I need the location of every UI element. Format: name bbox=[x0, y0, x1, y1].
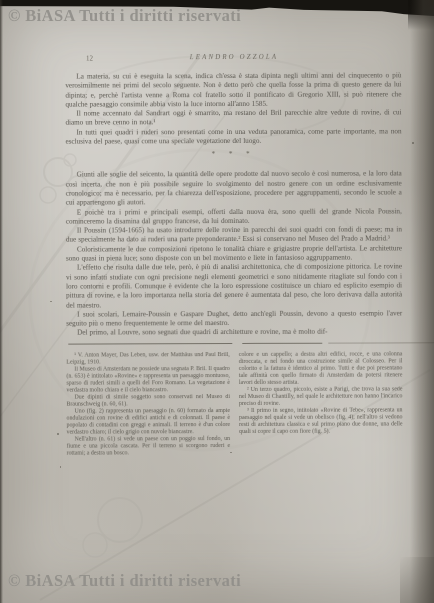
footnote-paragraph: ² Un terzo quadro, piccolo, esiste a Par… bbox=[239, 386, 403, 408]
text-column: La materia, su cui è eseguita la scena, … bbox=[65, 71, 402, 457]
paragraph: Del primo, al Louvre, sono segnati due q… bbox=[66, 328, 402, 338]
footnote-column-left: ¹ V. Anton Mayer, Das Leben, usw. der Ma… bbox=[66, 352, 230, 458]
paragraph: L'effetto che risulta dalle due tele, pe… bbox=[66, 263, 402, 311]
scan-speck bbox=[57, 433, 59, 435]
footnote-paragraph: colore e un cappello; a destra altri edi… bbox=[239, 351, 403, 387]
scan-speck bbox=[412, 142, 414, 144]
paragraph: Giunti alle soglie del seicento, la quan… bbox=[66, 170, 402, 208]
paragraph: In tutti quei quadri i ruderi sono prese… bbox=[66, 127, 402, 147]
footnote-paragraph: ³ Il primo in segno, intitolato «Rovine … bbox=[239, 407, 403, 436]
footnotes: ¹ V. Anton Mayer, Das Leben, usw. der Ma… bbox=[66, 351, 402, 457]
body-block-2: Giunti alle soglie del seicento, la quan… bbox=[66, 170, 403, 339]
watermark-bottom: © BiASA Tutti i diritti riservati bbox=[8, 571, 241, 591]
scan-speck bbox=[230, 452, 232, 453]
scanned-page: 12 LEANDRO OZZOLA La materia, su cui è e… bbox=[0, 0, 434, 603]
section-separator: * * * bbox=[66, 150, 402, 159]
footnote-paragraph: ¹ V. Anton Mayer, Das Leben, usw. der Ma… bbox=[66, 352, 230, 367]
paragraph: Il nome accennato dal Sandrart oggi è sm… bbox=[65, 109, 401, 129]
footnote-column-right: colore e un cappello; a destra altri edi… bbox=[239, 351, 403, 457]
footnote-rule bbox=[66, 342, 402, 345]
footnote-rule-segment bbox=[242, 342, 322, 343]
footnote-rule-segment bbox=[68, 343, 232, 345]
paragraph: Coloristicamente le due composizioni rip… bbox=[66, 244, 402, 264]
footnote-paragraph: Nell'altro (n. 61) si vede un paese con … bbox=[67, 436, 231, 458]
footnote-paragraph: Due dipinti di simile soggetto sono cons… bbox=[66, 394, 230, 409]
page-header: 12 LEANDRO OZZOLA bbox=[66, 53, 402, 66]
scan-edge-left bbox=[0, 0, 3, 603]
paragraph: Il Poussin (1594-1665) ha usato introdur… bbox=[66, 226, 402, 246]
running-title: LEANDRO OZZOLA bbox=[66, 53, 402, 61]
paragraph: I suoi scolari, Lemaire-Poussin e Gaspar… bbox=[66, 309, 402, 329]
paragraph: La materia, su cui è eseguita la scena, … bbox=[65, 71, 401, 109]
watermark-top: © BiASA Tutti i diritti riservati bbox=[8, 6, 241, 26]
paragraph: E poichè tra i primi e principali esempi… bbox=[66, 207, 402, 227]
body-block-1: La materia, su cui è eseguita la scena, … bbox=[65, 71, 401, 147]
scan-speck bbox=[50, 301, 52, 302]
scan-speck bbox=[60, 466, 61, 468]
scan-edge-right bbox=[410, 0, 434, 603]
footnote-paragraph: Il Museo di Amsterdam ne possiede una se… bbox=[66, 366, 230, 395]
footnote-paragraph: Uno (fig. 2) rappresenta un paesaggio (n… bbox=[67, 408, 231, 437]
scan-corner-bottom-right bbox=[400, 557, 434, 603]
